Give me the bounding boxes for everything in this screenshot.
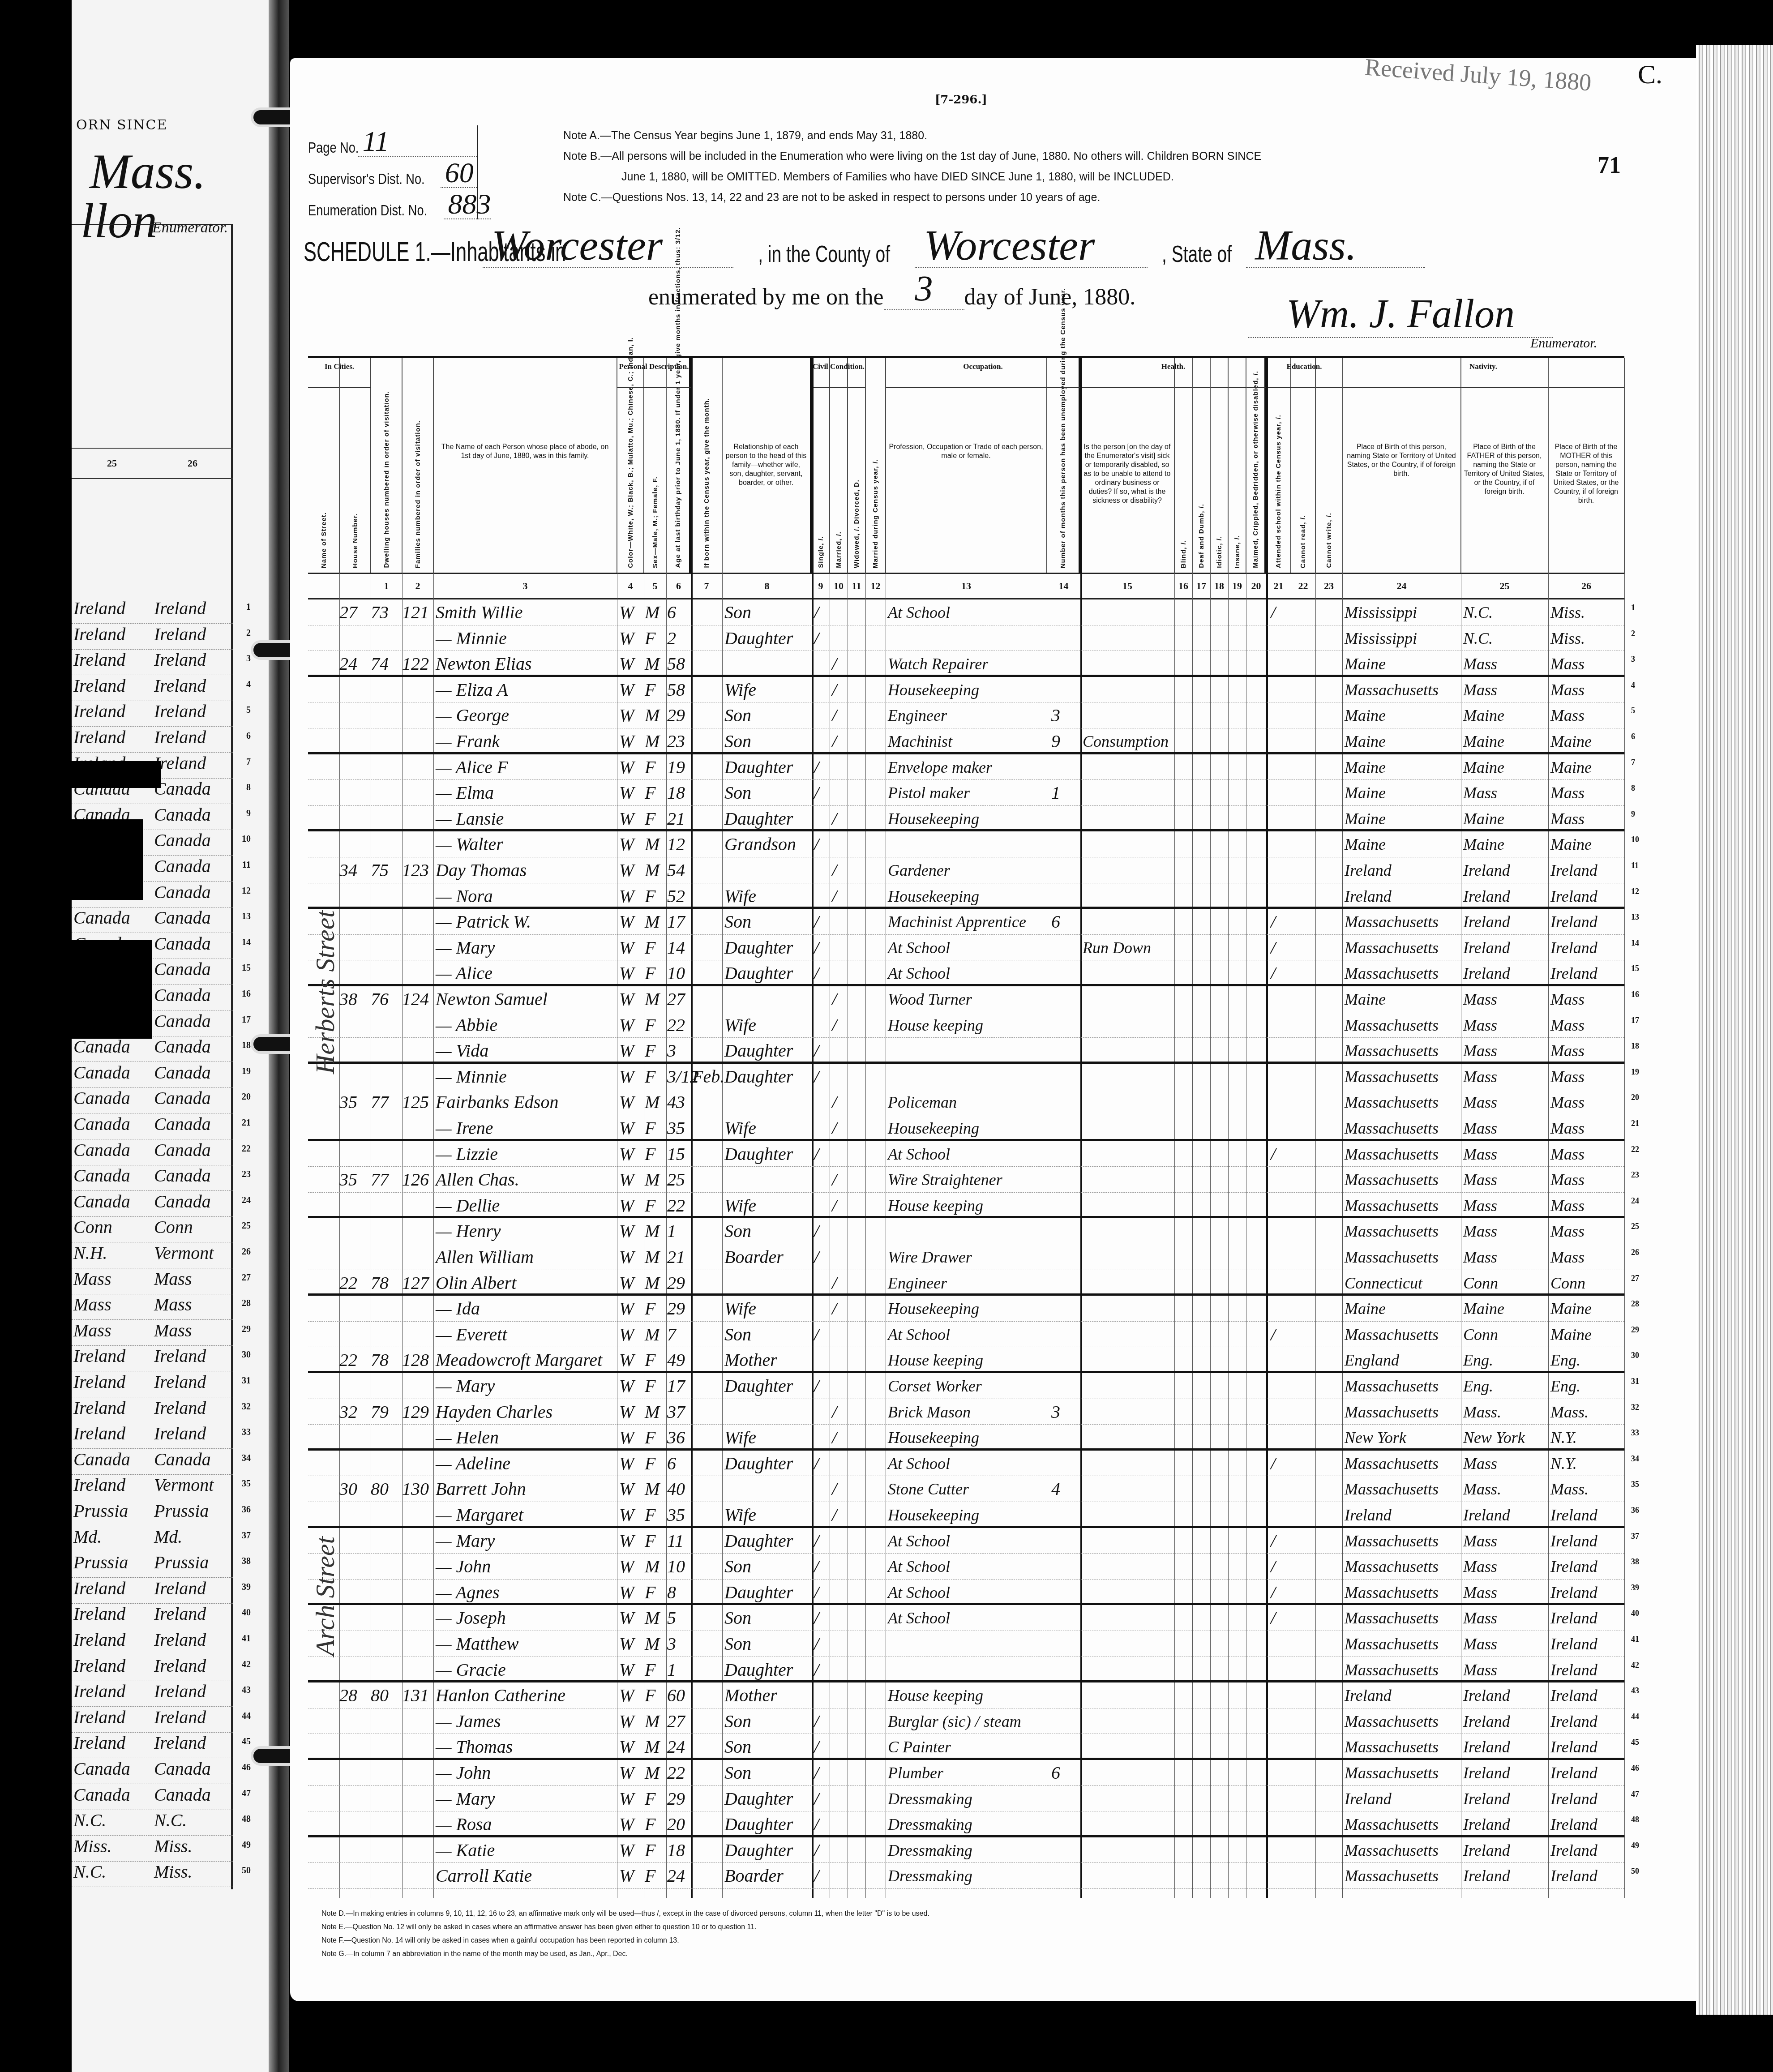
table-row: — FrankWM23Son/Machinist9ConsumptionMain…: [308, 728, 1624, 754]
cell-occ: Policeman: [888, 1091, 1047, 1113]
table-row: — AdelineWF6Daughter/At School/Massachus…: [308, 1451, 1624, 1477]
header-c5: Sex—Male, M.; Female, F.: [644, 358, 666, 573]
left-cell-mother: Canada: [154, 908, 211, 928]
cell-color: W: [619, 1297, 644, 1320]
row-number: 25: [1631, 1222, 1639, 1231]
cell-birth: Massachusetts: [1345, 1659, 1461, 1681]
row-number: 17: [1631, 1016, 1639, 1025]
cell-single: /: [814, 1865, 832, 1887]
cell-name: — Alice: [436, 962, 617, 985]
cell-married: /: [832, 653, 850, 675]
cell-fam: 129: [402, 1401, 433, 1423]
cell-rel: Daughter: [724, 756, 812, 779]
left-cell-mother: Canada: [154, 1062, 211, 1083]
cell-color: W: [619, 782, 644, 804]
table-row: 3577125Fairbanks EdsonWM43/PolicemanMass…: [308, 1089, 1624, 1115]
left-row-number: 5: [246, 705, 251, 715]
row-number: 3: [1631, 655, 1635, 664]
cell-color: W: [619, 1401, 644, 1423]
cell-school: /: [1271, 1323, 1293, 1346]
left-cell-mother: Prussia: [154, 1552, 209, 1572]
cell-rel: Daughter: [724, 627, 812, 650]
cell-fam: 131: [402, 1684, 433, 1707]
header-text-c11: Widowed, /. Divorced, D.: [852, 479, 860, 568]
column-number: 16: [1174, 580, 1192, 592]
group-label-personal: Personal Description.: [617, 362, 691, 371]
left-cell-mother: Ireland: [154, 624, 206, 644]
cell-unemp: 3: [1051, 1401, 1080, 1423]
cell-color: W: [619, 1066, 644, 1088]
table-row: 3876124Newton SamuelWM27/Wood TurnerMain…: [308, 986, 1624, 1012]
cell-sex: F: [645, 756, 666, 779]
cell-occ: Engineer: [888, 704, 1047, 727]
left-row-number: 39: [242, 1582, 251, 1593]
left-table-row: IrelandIreland2: [72, 624, 233, 650]
form-code: [7-296.]: [935, 93, 987, 107]
left-cell-father: Ireland: [73, 1603, 154, 1624]
column-number: 7: [691, 580, 722, 592]
cell-father: Mass: [1463, 679, 1548, 701]
cell-age: 22: [667, 1762, 692, 1784]
left-row-number: 38: [242, 1556, 251, 1567]
left-table-row: IrelandIreland5: [72, 701, 233, 727]
cell-birth: Massachusetts: [1345, 1581, 1461, 1604]
cell-mother: Maine: [1550, 756, 1624, 779]
torn-edge: [72, 940, 152, 1039]
left-cell-mother: Mass: [154, 1294, 192, 1314]
row-number: 8: [1631, 783, 1635, 793]
cell-father: Mass: [1463, 1169, 1548, 1191]
cell-fam: 130: [402, 1478, 433, 1500]
cell-occ: Plumber: [888, 1762, 1047, 1784]
cell-birth: England: [1345, 1349, 1461, 1371]
cell-father: Mass: [1463, 1530, 1548, 1552]
cell-age: 27: [667, 988, 692, 1010]
cell-rel: Wife: [724, 885, 812, 908]
cell-dw: 80: [371, 1478, 402, 1500]
left-table-row: IrelandIreland30: [72, 1345, 233, 1371]
cell-rel: Son: [724, 1607, 812, 1629]
cell-mother: Ireland: [1550, 1633, 1624, 1655]
cell-age: 14: [667, 937, 692, 959]
left-table-row: IrelandVermont35: [72, 1474, 233, 1500]
row-number: 12: [1631, 887, 1639, 896]
cell-single: /: [814, 1066, 832, 1088]
row-number: 39: [1631, 1583, 1639, 1593]
cell-sex: M: [645, 1272, 666, 1294]
enumerator-signature: Wm. J. Fallon: [1248, 291, 1553, 338]
left-state-handwritten: Mass.: [90, 143, 206, 200]
left-cell-father: Prussia: [73, 1500, 154, 1521]
left-row-number: 11: [242, 860, 251, 870]
header-c14: Number of months this person has been un…: [1047, 358, 1080, 573]
left-table-row: CanadaCanada22: [72, 1139, 233, 1165]
cell-father: Ireland: [1463, 1788, 1548, 1810]
cell-birth: Mississippi: [1345, 627, 1461, 650]
row-number: 30: [1631, 1351, 1639, 1360]
cell-age: 10: [667, 1555, 692, 1578]
cell-color: W: [619, 1684, 644, 1707]
column-number: 11: [848, 580, 865, 592]
row-number: 35: [1631, 1480, 1639, 1489]
enum-prefix: enumerated by me on the: [648, 284, 884, 310]
column-number: 17: [1192, 580, 1210, 592]
cell-father: Mass: [1463, 1220, 1548, 1242]
cell-rel: Son: [724, 911, 812, 933]
cell-father: Ireland: [1463, 1865, 1548, 1887]
left-table-row: N.C.N.C.48: [72, 1810, 233, 1836]
cell-mother: Mass: [1550, 782, 1624, 804]
cell-birth: Massachusetts: [1345, 1169, 1461, 1191]
cell-house: 22: [339, 1349, 371, 1371]
cell-single: /: [814, 1040, 832, 1062]
cell-color: W: [619, 962, 644, 985]
cell-birth: Massachusetts: [1345, 962, 1461, 985]
cell-color: W: [619, 1169, 644, 1191]
cell-rel: Daughter: [724, 1143, 812, 1165]
cell-rel: Daughter: [724, 1659, 812, 1681]
left-cell-mother: Canada: [154, 856, 211, 876]
cell-color: W: [619, 1788, 644, 1810]
cell-age: 7: [667, 1323, 692, 1346]
cell-color: W: [619, 1426, 644, 1449]
cell-mother: N.Y.: [1550, 1426, 1624, 1449]
cell-rel: Son: [724, 1762, 812, 1784]
left-row-number: 17: [242, 1015, 251, 1025]
enum-suffix: day of June, 1880.: [964, 284, 1136, 310]
table-row: 2278128Meadowcroft MargaretWF49MotherHou…: [308, 1347, 1624, 1373]
row-number: 34: [1631, 1454, 1639, 1464]
cell-mother: Mass: [1550, 704, 1624, 727]
note-d: Note D.—In making entries in columns 9, …: [321, 1907, 929, 1921]
census-page: [7-296.] Received July 19, 1880 C. 71 Pa…: [290, 58, 1696, 2001]
header-text-c9: Single, /.: [817, 536, 824, 568]
cell-school: /: [1271, 962, 1293, 985]
left-cell-father: Canada: [73, 1758, 154, 1779]
row-number: 44: [1631, 1712, 1639, 1721]
table-row: — MaryWF17Daughter/Corset WorkerMassachu…: [308, 1373, 1624, 1399]
cell-name: Barrett John: [436, 1478, 617, 1500]
cell-sex: F: [645, 1684, 666, 1707]
group-rule: [812, 387, 865, 388]
cell-age: 3: [667, 1633, 692, 1655]
group-label-nativity: Nativity.: [1342, 362, 1624, 371]
left-table-row: N.H.Vermont26: [72, 1242, 233, 1268]
cell-dw: 80: [371, 1684, 402, 1707]
table-row: — ElmaWF18Son/Pistol maker1MaineMassMass…: [308, 780, 1624, 806]
header-text-c1: Dwelling houses numbered in order of vis…: [382, 391, 390, 568]
table-row: — LansieWF21Daughter/HousekeepingMaineMa…: [308, 806, 1624, 832]
left-cell-mother: Canada: [154, 1036, 211, 1057]
cell-color: W: [619, 1478, 644, 1500]
cell-age: 37: [667, 1401, 692, 1423]
cell-occ: At School: [888, 1323, 1047, 1346]
left-cell-mother: Canada: [154, 1011, 211, 1031]
row-number: 50: [1631, 1867, 1639, 1876]
cell-sex: F: [645, 1349, 666, 1371]
left-row-number: 30: [242, 1350, 251, 1360]
cell-name: — George: [436, 704, 617, 727]
left-cell-father: Ireland: [73, 1397, 154, 1418]
table-row: — WalterWM12Grandson/MaineMaineMaine10: [308, 831, 1624, 857]
cell-name: — Mary: [436, 1530, 617, 1552]
cell-rel: Wife: [724, 1014, 812, 1036]
column-number: 1: [371, 580, 402, 592]
header-text-c19: Insane, /.: [1233, 535, 1241, 568]
table-row: — MargaretWF35Wife/HousekeepingIrelandIr…: [308, 1502, 1624, 1528]
header-text-c16: Blind, /.: [1179, 540, 1187, 568]
left-row-number: 14: [242, 938, 251, 948]
table-row: Carroll KatieWF24Boarder/DressmakingMass…: [308, 1863, 1624, 1889]
cell-rel: Daughter: [724, 1066, 812, 1088]
header-text-c4: Color—White, W.; Black, B.; Mulatto, Mu.…: [626, 337, 634, 568]
cell-birth: Massachusetts: [1345, 1839, 1461, 1862]
cell-birth: Massachusetts: [1345, 1066, 1461, 1088]
left-row-number: 3: [246, 654, 251, 664]
table-row: — IreneWF35Wife/HousekeepingMassachusett…: [308, 1115, 1624, 1141]
header-c13: Profession, Occupation or Trade of each …: [886, 358, 1047, 573]
row-number: 2: [1631, 629, 1635, 638]
cell-father: Ireland: [1463, 962, 1548, 985]
cell-birth: Maine: [1345, 988, 1461, 1010]
cell-birth: Maine: [1345, 833, 1461, 856]
cell-father: New York: [1463, 1426, 1548, 1449]
header-text-c12: Married during Census year, /.: [872, 459, 879, 568]
table-row: — EverettWM7Son/At School/MassachusettsC…: [308, 1322, 1624, 1348]
left-cell-father: Md.: [73, 1526, 154, 1547]
table-row: — HelenWF36Wife/HousekeepingNew YorkNew …: [308, 1425, 1624, 1451]
cell-occ: At School: [888, 1607, 1047, 1629]
cell-name: Day Thomas: [436, 859, 617, 882]
cell-rel: Daughter: [724, 1530, 812, 1552]
header-c1: Dwelling houses numbered in order of vis…: [371, 358, 402, 573]
cell-father: Conn: [1463, 1272, 1548, 1294]
page-no-row: Page No. 11: [308, 125, 477, 157]
cell-father: Eng.: [1463, 1349, 1548, 1371]
cell-mother: Ireland: [1550, 1865, 1624, 1887]
cell-rel: Son: [724, 1555, 812, 1578]
left-page-fragment: ORN SINCE Mass. llon Enumerator. 25 26 I…: [72, 0, 269, 2072]
header-c22: Cannot read, /.: [1291, 358, 1315, 573]
cell-birth: Maine: [1345, 653, 1461, 675]
table-row: 2880131Hanlon CatherineWF60MotherHouse k…: [308, 1682, 1624, 1708]
cell-age: 1: [667, 1659, 692, 1681]
column-number: 20: [1246, 580, 1266, 592]
row-number: 37: [1631, 1532, 1639, 1541]
cell-rel: Grandson: [724, 833, 812, 856]
left-cell-father: Canada: [73, 1449, 154, 1470]
cell-color: W: [619, 859, 644, 882]
cell-single: /: [814, 1762, 832, 1784]
cell-color: W: [619, 885, 644, 908]
note-b-continued: June 1, 1880, will be OMITTED. Members o…: [563, 167, 1593, 187]
table-row: — RosaWF20Daughter/DressmakingMassachuse…: [308, 1811, 1624, 1837]
left-cell-father: Canada: [73, 1165, 154, 1186]
cell-birth: Massachusetts: [1345, 1401, 1461, 1423]
row-number: 45: [1631, 1738, 1639, 1747]
cell-sex: F: [645, 627, 666, 650]
left-row-number: 28: [242, 1298, 251, 1309]
cell-rel: Son: [724, 1323, 812, 1346]
cell-mother: Mass: [1550, 1246, 1624, 1268]
cell-father: Ireland: [1463, 911, 1548, 933]
left-cell-mother: Canada: [154, 959, 211, 979]
cell-birth: Massachusetts: [1345, 937, 1461, 959]
cell-birth: Massachusetts: [1345, 1194, 1461, 1217]
header-c3: The Name of each Person whose place of a…: [433, 358, 617, 573]
cell-sex: M: [645, 1401, 666, 1423]
left-cell-father: N.C.: [73, 1861, 154, 1882]
table-row: — DellieWF22Wife/House keepingMassachuse…: [308, 1193, 1624, 1219]
row-number: 10: [1631, 835, 1639, 844]
table-row: 3475123Day ThomasWM54/GardenerIrelandIre…: [308, 857, 1624, 883]
enum-day: 3: [884, 269, 964, 310]
row-number: 1: [1631, 603, 1635, 612]
district-info: Page No. 11 Supervisor's Dist. No. 60 En…: [308, 125, 478, 219]
cell-occ: At School: [888, 1143, 1047, 1165]
cell-name: — Alice F: [436, 756, 617, 779]
header-text-c3: The Name of each Person whose place of a…: [436, 443, 614, 461]
cell-single: /: [814, 756, 832, 779]
table-row: — MinnieWF3/12Feb.Daughter/Massachusetts…: [308, 1064, 1624, 1090]
cell-name: — Katie: [436, 1839, 617, 1862]
table-row: — IdaWF29Wife/HousekeepingMaineMaineMain…: [308, 1296, 1624, 1322]
cell-mother: Mass: [1550, 679, 1624, 701]
left-cell-father: Ireland: [73, 1371, 154, 1392]
left-cell-mother: Ireland: [154, 1707, 206, 1727]
row-number: 19: [1631, 1067, 1639, 1077]
cell-age: 58: [667, 679, 692, 701]
group-rule: [1266, 387, 1342, 388]
cell-age: 17: [667, 911, 692, 933]
cell-name: Allen Chas.: [436, 1169, 617, 1191]
left-column-numbers: 25 26: [72, 448, 233, 479]
schedule-title: SCHEDULE 1.—Inhabitants in Worcester , i…: [304, 224, 1647, 268]
row-number: 43: [1631, 1686, 1639, 1695]
cell-fam: 122: [402, 653, 433, 675]
left-row-number: 10: [242, 834, 251, 844]
cell-age: 2: [667, 627, 692, 650]
left-cell-father: Ireland: [73, 1707, 154, 1728]
left-cell-mother: Canada: [154, 830, 211, 850]
table-row: — JohnWM22Son/Plumber6MassachusettsIrela…: [308, 1760, 1624, 1786]
cell-sex: F: [645, 1581, 666, 1604]
cell-sex: M: [645, 1220, 666, 1242]
cell-mother: Maine: [1550, 833, 1624, 856]
cell-color: W: [619, 1530, 644, 1552]
cell-color: W: [619, 1220, 644, 1242]
cell-father: Mass: [1463, 1246, 1548, 1268]
table-row: 2474122Newton EliasWM58/Watch RepairerMa…: [308, 651, 1624, 677]
left-table-row: CanadaCanada13: [72, 907, 233, 933]
left-cell-father: Ireland: [73, 649, 154, 670]
header-text-c6: Age at last birthday prior to June 1, 18…: [674, 227, 681, 568]
cell-birth: Massachusetts: [1345, 1710, 1461, 1733]
row-number: 6: [1631, 732, 1635, 741]
left-cell-mother: Ireland: [154, 1398, 206, 1418]
cell-school: /: [1271, 1607, 1293, 1629]
cell-rel: Daughter: [724, 1813, 812, 1836]
cell-house: 22: [339, 1272, 371, 1294]
cell-color: W: [619, 1736, 644, 1758]
cell-name: Hanlon Catherine: [436, 1684, 617, 1707]
cell-occ: At School: [888, 1555, 1047, 1578]
column-number: 13: [886, 580, 1047, 592]
header-text-c10: Married, /.: [835, 531, 842, 568]
cell-married: /: [832, 1194, 850, 1217]
cell-occ: Housekeeping: [888, 1297, 1047, 1320]
header-text-c2: Families numbered in order of visitation…: [414, 420, 421, 568]
cell-color: W: [619, 833, 644, 856]
left-cell-father: Ireland: [73, 1681, 154, 1702]
cell-father: Mass: [1463, 1117, 1548, 1139]
cell-birth: Massachusetts: [1345, 1220, 1461, 1242]
row-number: 27: [1631, 1274, 1639, 1283]
schedule-lead: SCHEDULE 1.—Inhabitants in: [304, 236, 429, 268]
column-divider: [1624, 358, 1625, 1898]
cell-rel: Daughter: [724, 1040, 812, 1062]
cell-age: 52: [667, 885, 692, 908]
header-text-c5: Sex—Male, M.; Female, F.: [651, 476, 659, 568]
left-row-number: 36: [242, 1505, 251, 1515]
cell-birth: Maine: [1345, 756, 1461, 779]
left-cell-mother: Ireland: [154, 1656, 206, 1676]
cell-sex: M: [645, 1710, 666, 1733]
cell-mother: N.Y.: [1550, 1452, 1624, 1475]
cell-married: /: [832, 1091, 850, 1113]
page-no-value: 11: [358, 127, 477, 157]
cell-occ: Dressmaking: [888, 1813, 1047, 1836]
left-cell-father: Miss.: [73, 1836, 154, 1857]
header-text-c25: Place of Birth of the FATHER of this per…: [1464, 443, 1545, 497]
cell-single: /: [814, 601, 832, 624]
row-number: 26: [1631, 1248, 1639, 1257]
cell-dw: 78: [371, 1349, 402, 1371]
row-number: 16: [1631, 990, 1639, 999]
header-c23: Cannot write, /.: [1315, 358, 1342, 573]
header-street: Name of Street.: [308, 358, 339, 573]
cell-rel: Wife: [724, 679, 812, 701]
cell-mother: Maine: [1550, 730, 1624, 753]
cell-mother: Mass.: [1550, 1478, 1624, 1500]
left-row-number: 4: [246, 680, 251, 690]
cell-father: Mass: [1463, 1066, 1548, 1088]
row-number: 31: [1631, 1377, 1639, 1386]
left-table-row: IrelandIreland39: [72, 1578, 233, 1604]
cell-dw: 75: [371, 859, 402, 882]
left-table-row: ConnConn25: [72, 1216, 233, 1242]
enumeration-label: Enumeration Dist. No.: [308, 202, 427, 219]
cell-rel: Wife: [724, 1426, 812, 1449]
left-row-number: 26: [242, 1247, 251, 1257]
cell-birth: Massachusetts: [1345, 1117, 1461, 1139]
county-label: , in the County of: [756, 241, 892, 268]
left-cell-mother: Canada: [154, 1114, 211, 1134]
left-table-row: IrelandIreland44: [72, 1707, 233, 1733]
left-row-number: 19: [242, 1066, 251, 1077]
left-cell-mother: Canada: [154, 1165, 211, 1186]
table-row: — NoraWF52Wife/HousekeepingIrelandIrelan…: [308, 883, 1624, 909]
cell-occ: At School: [888, 601, 1047, 624]
cell-birth: Massachusetts: [1345, 1813, 1461, 1836]
cell-name: Fairbanks Edson: [436, 1091, 617, 1113]
cell-sex: F: [645, 1659, 666, 1681]
left-born-since-text: ORN SINCE: [76, 117, 167, 133]
cell-month: Feb.: [692, 1066, 724, 1088]
cell-unemp: 1: [1051, 782, 1080, 804]
cell-occ: Watch Repairer: [888, 653, 1047, 675]
cell-father: Mass: [1463, 653, 1548, 675]
